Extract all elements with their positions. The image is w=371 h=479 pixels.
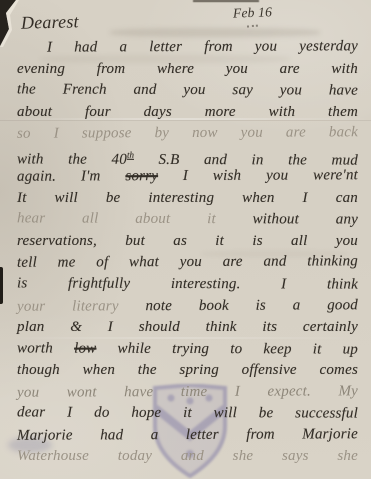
scan-edge-artifact	[0, 267, 3, 304]
letter-line: Waterhouse today and she says she	[17, 446, 358, 468]
faded-text: your literary	[17, 298, 119, 314]
letter-line: is frightfully interesting. I think	[17, 273, 358, 296]
letter-line: evening from where you are with	[17, 59, 358, 81]
line-text: while trying to keep it up	[117, 340, 358, 357]
letter-body: I had a letter from you yesterday evenin…	[17, 37, 358, 468]
ordinal-superscript: th	[127, 150, 134, 160]
letter-line: It will be interesting when I can	[17, 188, 358, 210]
letter-line: plan & I should think its certainly	[17, 317, 358, 339]
letter-line: Marjorie had a letter from Marjorie	[17, 424, 358, 447]
date-underline-dashes	[247, 25, 258, 31]
letter-salutation: Dearest	[21, 11, 79, 34]
letter-line: hear all about it without any	[17, 209, 358, 232]
line-text: I wish you were'nt	[183, 168, 358, 185]
line-text: worth	[17, 340, 53, 356]
letter-line: about four days more with them	[17, 102, 358, 124]
letter-line: so I suppose by now you are back	[17, 122, 358, 145]
letter-line: tell me of what you are and thinking	[17, 252, 358, 275]
letter-date: Feb 16	[233, 4, 273, 21]
crossed-out-word: sorry	[125, 168, 158, 184]
letter-line: reservations, but as it is all you	[17, 231, 358, 253]
letter-line: though when the spring offensive comes	[17, 360, 358, 382]
line-text: without any	[253, 212, 358, 228]
letter-line: the French and you say you have	[17, 79, 358, 102]
letter-line: again. I'm sorry I wish you were'nt	[17, 166, 358, 189]
letter-line: I had a letter from you yesterday	[17, 36, 358, 59]
line-text: with the 40	[17, 151, 127, 167]
letter-line: with the 40th S.B and in the mud	[17, 144, 358, 167]
faded-text: hear all about it	[17, 211, 216, 228]
letter-line: you wont have time I expect. My	[17, 381, 358, 404]
letter-line: your literary note book is a good	[17, 295, 358, 318]
letter-line: worth low while trying to keep it up	[17, 338, 358, 361]
line-text: note book is a good	[145, 297, 358, 314]
line-text: again. I'm	[17, 169, 101, 185]
letter-line: dear I do hope it will be successful	[17, 403, 358, 426]
scan-edge-artifact	[193, 0, 259, 2]
crossed-out-word: low	[74, 340, 96, 356]
